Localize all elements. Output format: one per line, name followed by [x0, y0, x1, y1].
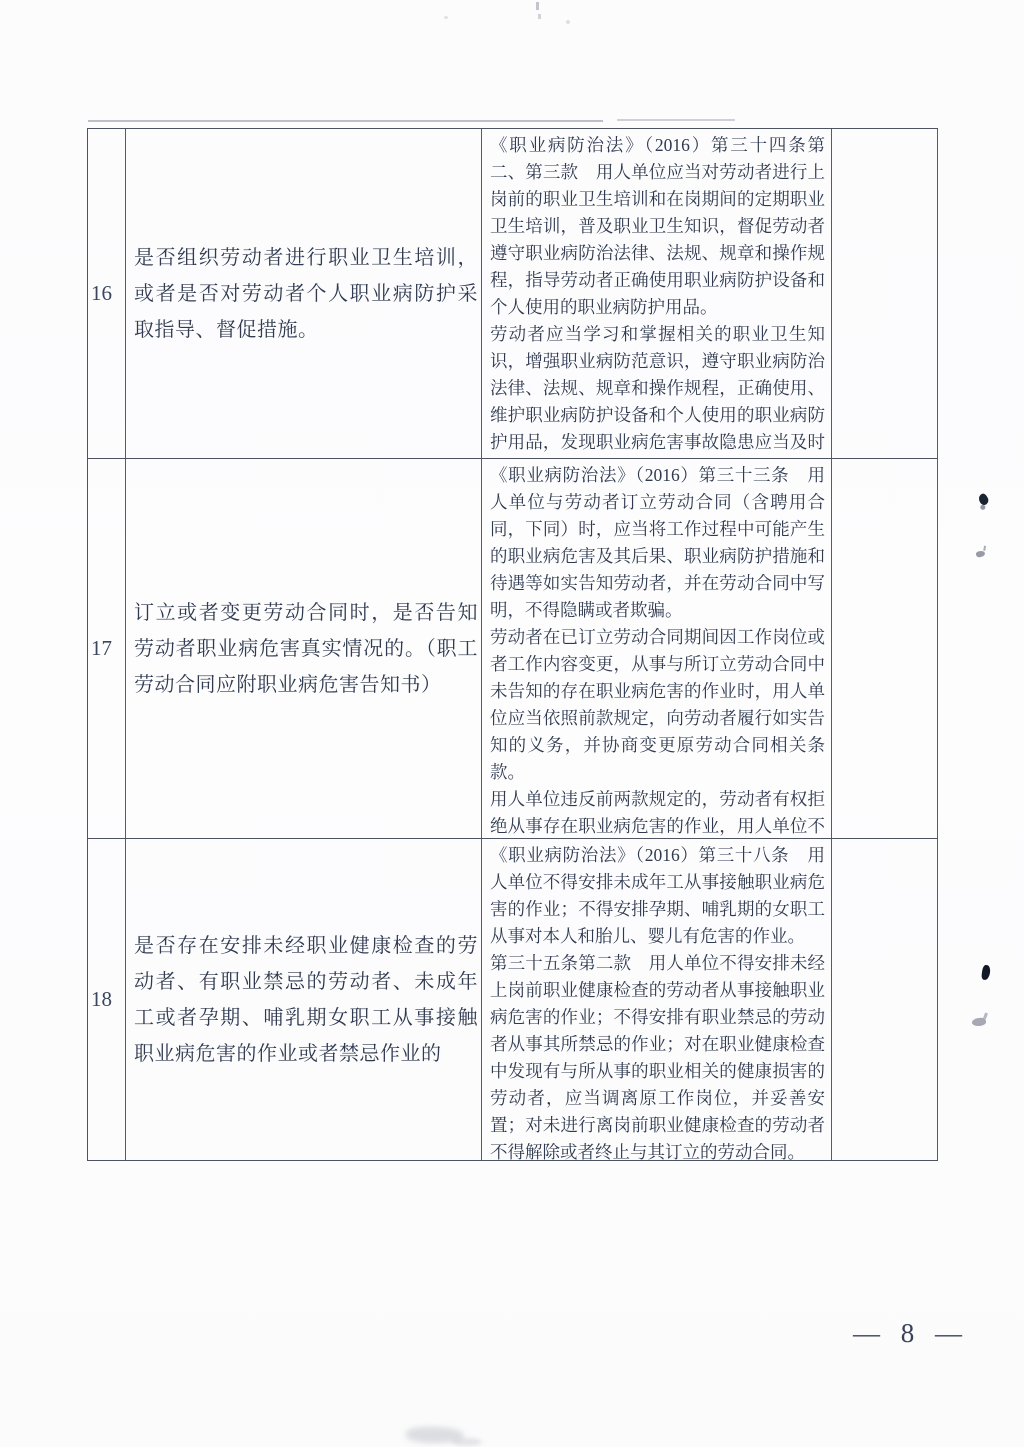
legal-reference-cell: 《职业病防治法》（2016）第三十三条 用人单位与劳动者订立劳动合同（含聘用合同… [482, 459, 832, 839]
scan-artifact-ghost-line [88, 120, 603, 122]
scan-artifact-ghost-line [617, 119, 735, 121]
scan-artifact-smudge [406, 1427, 464, 1443]
item-description-cell: 订立或者变更劳动合同时，是否告知劳动者职业病危害真实情况的。（职工劳动合同应附职… [126, 459, 482, 839]
page-number: — 8 — [853, 1318, 969, 1349]
legal-reference: 《职业病防治法》（2016）第三十四条第二、第三款 用人单位应当对劳动者进行上岗… [490, 135, 825, 459]
inspection-table: 16 是否组织劳动者进行职业卫生培训，或者是否对劳动者个人职业病防护采取指导、督… [87, 128, 938, 1161]
row-number: 17 [91, 636, 112, 661]
item-description: 订立或者变更劳动合同时，是否告知劳动者职业病危害真实情况的。（职工劳动合同应附职… [134, 595, 478, 703]
scan-artifact-ink-blob [981, 965, 991, 981]
item-description: 是否存在安排未经职业健康检查的劳动者、有职业禁忌的劳动者、未成年工或者孕期、哺乳… [134, 928, 478, 1072]
row-number: 18 [91, 987, 112, 1012]
document-page: 16 是否组织劳动者进行职业卫生培训，或者是否对劳动者个人职业病防护采取指导、督… [0, 0, 1024, 1447]
scan-artifact-ink-blob [977, 492, 991, 506]
item-description-cell: 是否存在安排未经职业健康检查的劳动者、有职业禁忌的劳动者、未成年工或者孕期、哺乳… [126, 839, 482, 1161]
scan-artifact-speck [566, 20, 570, 24]
row-number: 16 [91, 281, 112, 306]
legal-reference: 《职业病防治法》（2016）第三十三条 用人单位与劳动者订立劳动合同（含聘用合同… [490, 465, 825, 839]
item-description: 是否组织劳动者进行职业卫生培训，或者是否对劳动者个人职业病防护采取指导、督促措施… [134, 240, 478, 348]
scan-artifact-speck [444, 16, 448, 19]
row-number-cell: 17 [88, 459, 126, 839]
scan-artifact-ink-blob [975, 550, 985, 558]
legal-reference-cell: 《职业病防治法》（2016）第三十八条 用人单位不得安排未成年工从事接触职业病危… [482, 839, 832, 1161]
remark-cell [832, 839, 938, 1161]
item-description-cell: 是否组织劳动者进行职业卫生培训，或者是否对劳动者个人职业病防护采取指导、督促措施… [126, 129, 482, 459]
scan-artifact-speck [536, 2, 539, 10]
remark-cell [832, 459, 938, 839]
legal-reference: 《职业病防治法》（2016）第三十八条 用人单位不得安排未成年工从事接触职业病危… [490, 845, 825, 1161]
scan-artifact-ink-blob [971, 1017, 986, 1027]
scan-artifact-smudge [452, 1438, 482, 1446]
remark-cell [832, 129, 938, 459]
row-number-cell: 18 [88, 839, 126, 1161]
legal-reference-cell: 《职业病防治法》（2016）第三十四条第二、第三款 用人单位应当对劳动者进行上岗… [482, 129, 832, 459]
row-number-cell: 16 [88, 129, 126, 459]
scan-artifact-speck [538, 14, 541, 19]
